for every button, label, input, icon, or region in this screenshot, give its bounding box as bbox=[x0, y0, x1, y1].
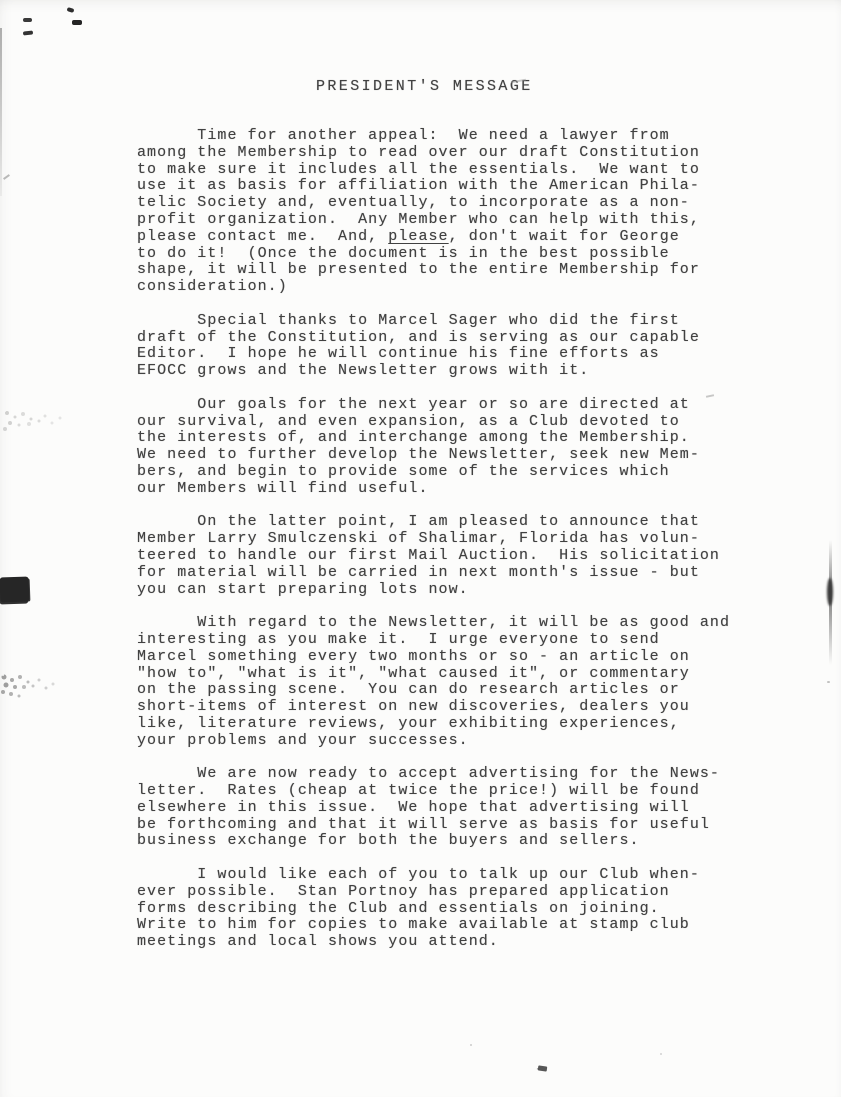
text-line: Editor. I hope he will continue his fine… bbox=[137, 346, 757, 363]
text-line: to do it! (Once the document is in the b… bbox=[137, 246, 757, 263]
scanned-page: PRESIDENT'S MESSAGE Time for another app… bbox=[0, 0, 841, 1097]
paragraph: Special thanks to Marcel Sager who did t… bbox=[137, 313, 757, 380]
text-line: among the Membership to read over our dr… bbox=[137, 145, 757, 162]
text-line: the interests of, and interchange among … bbox=[137, 430, 757, 447]
text-line: like, literature reviews, your exhibitin… bbox=[137, 716, 757, 733]
text-line: be forthcoming and that it will serve as… bbox=[137, 817, 757, 834]
scan-speck bbox=[827, 681, 830, 683]
text-line: teered to handle our first Mail Auction.… bbox=[137, 548, 757, 565]
text-line: "how to", "what is it", "what caused it"… bbox=[137, 666, 757, 683]
text-line: use it as basis for affiliation with the… bbox=[137, 178, 757, 195]
text-line: our Members will find useful. bbox=[137, 481, 757, 498]
underlined-word: please bbox=[388, 228, 448, 245]
text-line: I would like each of you to talk up our … bbox=[137, 867, 757, 884]
scan-edge-line bbox=[0, 28, 2, 196]
scan-speckle-cluster bbox=[4, 410, 6, 412]
paragraph: We are now ready to accept advertising f… bbox=[137, 766, 757, 850]
text-line: bers, and begin to provide some of the s… bbox=[137, 464, 757, 481]
scan-speck bbox=[23, 30, 33, 35]
text-line: telic Society and, eventually, to incorp… bbox=[137, 195, 757, 212]
text-line: Write to him for copies to make availabl… bbox=[137, 917, 757, 934]
text-line: shape, it will be presented to the entir… bbox=[137, 262, 757, 279]
text-line: consideration.) bbox=[137, 279, 757, 296]
text-segment: please contact me. And, bbox=[137, 228, 388, 245]
paragraph: I would like each of you to talk up our … bbox=[137, 867, 757, 951]
paragraph: With regard to the Newsletter, it will b… bbox=[137, 615, 757, 749]
text-line: letter. Rates (cheap at twice the price!… bbox=[137, 783, 757, 800]
paragraph: On the latter point, I am pleased to ann… bbox=[137, 514, 757, 598]
scan-ink-blob bbox=[0, 577, 29, 603]
text-line: interesting as you make it. I urge every… bbox=[137, 632, 757, 649]
scan-speckle-cluster bbox=[2, 674, 4, 676]
scan-speck bbox=[470, 1044, 472, 1046]
scan-smudge bbox=[538, 1065, 548, 1071]
document-body: Time for another appeal: We need a lawye… bbox=[137, 128, 757, 968]
text-line: to make sure it includes all the essenti… bbox=[137, 162, 757, 179]
text-line: Special thanks to Marcel Sager who did t… bbox=[137, 313, 757, 330]
scan-streak-blob bbox=[827, 578, 833, 606]
text-line: On the latter point, I am pleased to ann… bbox=[137, 514, 757, 531]
paragraph: Our goals for the next year or so are di… bbox=[137, 397, 757, 498]
scan-speck bbox=[23, 18, 32, 22]
text-line: We are now ready to accept advertising f… bbox=[137, 766, 757, 783]
text-line: Member Larry Smulczenski of Shalimar, Fl… bbox=[137, 531, 757, 548]
text-line: EFOCC grows and the Newsletter grows wit… bbox=[137, 363, 757, 380]
text-line: Marcel something every two months or so … bbox=[137, 649, 757, 666]
paragraph: Time for another appeal: We need a lawye… bbox=[137, 128, 757, 296]
text-line: Time for another appeal: We need a lawye… bbox=[137, 128, 757, 145]
text-line: our survival, and even expansion, as a C… bbox=[137, 414, 757, 431]
text-line: on the passing scene. You can do researc… bbox=[137, 682, 757, 699]
text-line: draft of the Constitution, and is servin… bbox=[137, 330, 757, 347]
text-line: ever possible. Stan Portnoy has prepared… bbox=[137, 884, 757, 901]
text-line: please contact me. And, please, don't wa… bbox=[137, 229, 757, 246]
text-line: you can start preparing lots now. bbox=[137, 582, 757, 599]
text-line: meetings and local shows you attend. bbox=[137, 934, 757, 951]
text-line: With regard to the Newsletter, it will b… bbox=[137, 615, 757, 632]
scan-speck bbox=[72, 20, 82, 25]
text-segment: , don't wait for George bbox=[449, 228, 680, 245]
text-line: forms describing the Club and essentials… bbox=[137, 901, 757, 918]
scan-speck bbox=[660, 1053, 662, 1055]
document-title: PRESIDENT'S MESSAGE bbox=[316, 78, 533, 95]
text-line: profit organization. Any Member who can … bbox=[137, 212, 757, 229]
scan-speck bbox=[3, 174, 10, 180]
text-line: short-items of interest on new discoveri… bbox=[137, 699, 757, 716]
text-line: business exchange for both the buyers an… bbox=[137, 833, 757, 850]
text-line: Our goals for the next year or so are di… bbox=[137, 397, 757, 414]
text-line: We need to further develop the Newslette… bbox=[137, 447, 757, 464]
scan-streak bbox=[829, 540, 832, 665]
text-line: elsewhere in this issue. We hope that ad… bbox=[137, 800, 757, 817]
text-line: for material will be carried in next mon… bbox=[137, 565, 757, 582]
text-line: your problems and your successes. bbox=[137, 733, 757, 750]
scan-speck bbox=[67, 7, 75, 13]
